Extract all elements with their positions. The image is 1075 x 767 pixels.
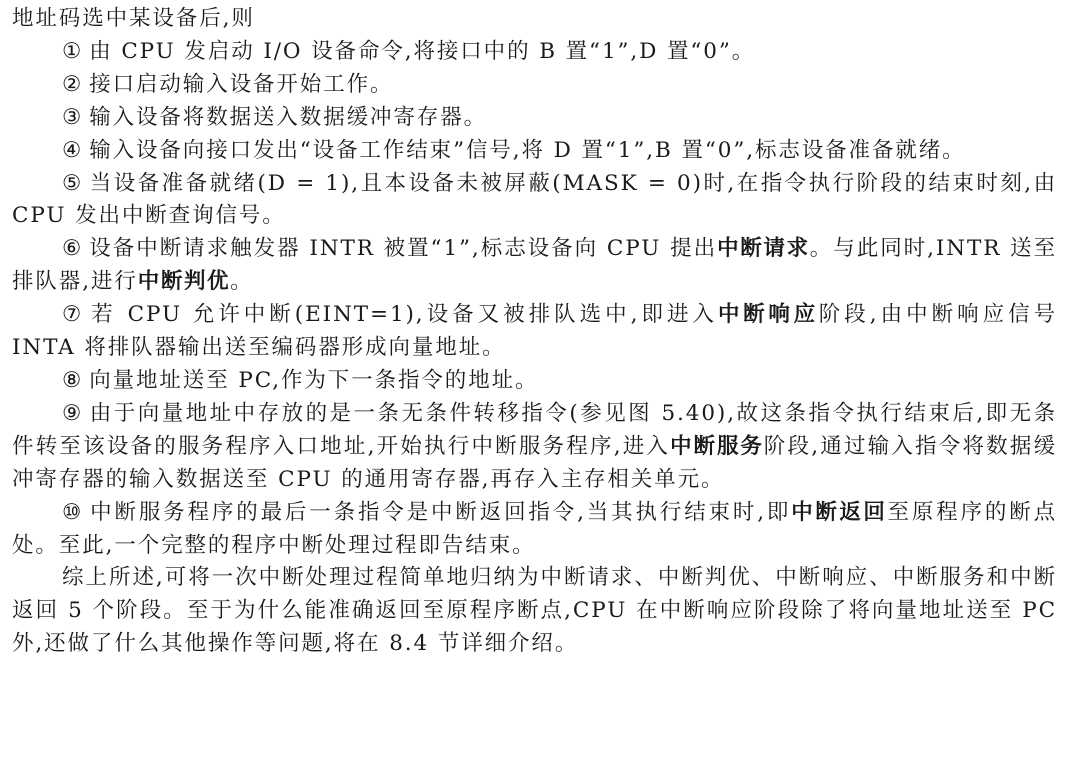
paragraph-intro: 地址码选中某设备后,则 bbox=[12, 3, 1057, 36]
paragraph-step-4: ④输入设备向接口发出“设备工作结束”信号,将 D 置“1”,B 置“0”,标志设… bbox=[12, 135, 1057, 168]
text-segment: 当设备准备就绪(D = 1),且本设备未被屏蔽(MASK = 0)时,在指令执行… bbox=[12, 171, 1057, 229]
step-number: ⑦ bbox=[62, 302, 85, 327]
paragraph-step-2: ②接口启动输入设备开始工作。 bbox=[12, 69, 1057, 102]
emphasis-term-interrupt-priority: 中断判优 bbox=[138, 269, 230, 294]
step-number: ⑧ bbox=[62, 368, 83, 393]
paragraph-step-1: ①由 CPU 发启动 I/O 设备命令,将接口中的 B 置“1”,D 置“0”。 bbox=[12, 36, 1057, 69]
paragraph-summary: 综上所述,可将一次中断处理过程简单地归纳为中断请求、中断判优、中断响应、中断服务… bbox=[12, 562, 1057, 661]
paragraph-step-3: ③输入设备将数据送入数据缓冲寄存器。 bbox=[12, 102, 1057, 135]
step-number: ④ bbox=[62, 138, 83, 163]
text-segment: 向量地址送至 PC,作为下一条指令的地址。 bbox=[89, 368, 538, 393]
step-number: ① bbox=[62, 39, 83, 64]
step-number: ⑩ bbox=[62, 500, 84, 525]
text-segment: 输入设备将数据送入数据缓冲寄存器。 bbox=[89, 105, 487, 130]
paragraph-step-10: ⑩中断服务程序的最后一条指令是中断返回指令,当其执行结束时,即中断返回至原程序的… bbox=[12, 497, 1057, 563]
emphasis-term-interrupt-return: 中断返回 bbox=[791, 500, 887, 525]
document-page: 地址码选中某设备后,则 ①由 CPU 发启动 I/O 设备命令,将接口中的 B … bbox=[12, 3, 1057, 661]
text-segment: 由 CPU 发启动 I/O 设备命令,将接口中的 B 置“1”,D 置“0”。 bbox=[89, 39, 755, 64]
text-segment: 综上所述,可将一次中断处理过程简单地归纳为中断请求、中断判优、中断响应、中断服务… bbox=[12, 565, 1057, 656]
emphasis-term-interrupt-service: 中断服务 bbox=[670, 434, 764, 459]
text-segment: 设备中断请求触发器 INTR 被置“1”,标志设备向 CPU 提出 bbox=[89, 236, 717, 261]
text-segment: 中断服务程序的最后一条指令是中断返回指令,当其执行结束时,即 bbox=[90, 500, 791, 525]
paragraph-step-9: ⑨由于向量地址中存放的是一条无条件转移指令(参见图 5.40),故这条指令执行结… bbox=[12, 398, 1057, 497]
emphasis-term-interrupt-request: 中断请求 bbox=[717, 236, 810, 261]
text-segment: 。 bbox=[230, 269, 253, 294]
step-number: ⑥ bbox=[62, 236, 83, 261]
step-number: ⑤ bbox=[62, 171, 84, 196]
step-number: ③ bbox=[62, 105, 83, 130]
emphasis-term-interrupt-response: 中断响应 bbox=[718, 302, 819, 327]
step-number: ② bbox=[62, 72, 83, 97]
text-segment: 接口启动输入设备开始工作。 bbox=[89, 72, 393, 97]
paragraph-step-5: ⑤当设备准备就绪(D = 1),且本设备未被屏蔽(MASK = 0)时,在指令执… bbox=[12, 168, 1057, 234]
text-segment: 地址码选中某设备后,则 bbox=[12, 6, 255, 31]
paragraph-step-8: ⑧向量地址送至 PC,作为下一条指令的地址。 bbox=[12, 365, 1057, 398]
paragraph-step-7: ⑦若 CPU 允许中断(EINT=1),设备又被排队选中,即进入中断响应阶段,由… bbox=[12, 299, 1057, 365]
text-segment: 输入设备向接口发出“设备工作结束”信号,将 D 置“1”,B 置“0”,标志设备… bbox=[89, 138, 965, 163]
step-number: ⑨ bbox=[62, 401, 84, 426]
text-segment: 若 CPU 允许中断(EINT=1),设备又被排队选中,即进入 bbox=[91, 302, 718, 327]
paragraph-step-6: ⑥设备中断请求触发器 INTR 被置“1”,标志设备向 CPU 提出中断请求。与… bbox=[12, 233, 1057, 299]
